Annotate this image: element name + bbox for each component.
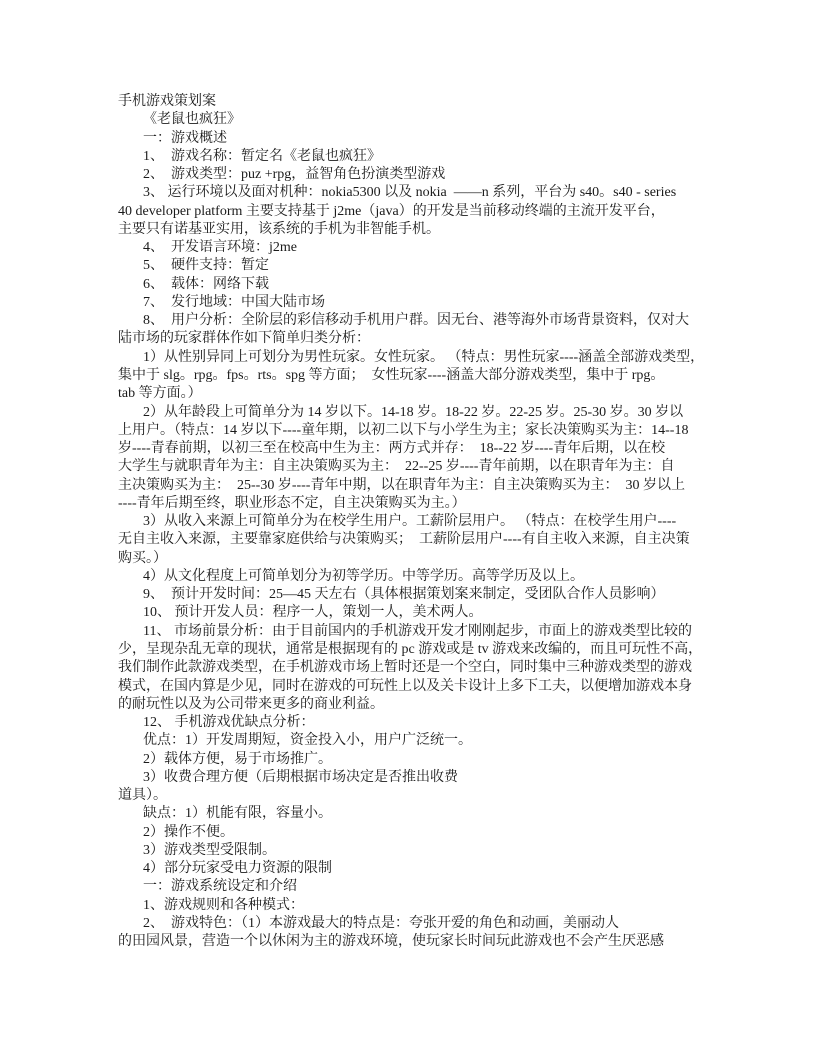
text-line: 7、 发行地域：中国大陆市场 (118, 294, 704, 312)
text-line: 一：游戏系统设定和介绍 (118, 878, 704, 896)
text-line: 2、 游戏特色：（1）本游戏最大的特点是：夸张开爱的角色和动画，美丽动人 (118, 915, 704, 933)
text-line: 11、 市场前景分析：由于目前国内的手机游戏开发才刚刚起步，市面上的游戏类型比较… (118, 623, 704, 641)
text-line: 1、 游戏名称：暂定名《老鼠也疯狂》 (118, 148, 704, 166)
text-line: 9、 预计开发时间：25—45 天左右（具体根据策划案来制定，受团队合作人员影响… (118, 586, 704, 604)
text-line: 的耐玩性以及为公司带来更多的商业利益。 (118, 696, 704, 714)
text-line: 1）从性别异同上可划分为男性玩家。女性玩家。 （特点：男性玩家----涵盖全部游… (118, 349, 704, 367)
text-line: 大学生与就职青年为主：自主决策购买为主： 22--25 岁----青年前期，以在… (118, 458, 704, 476)
text-line: 道具）。 (118, 787, 704, 805)
text-line: 主要只有诺基亚实用，该系统的手机为非智能手机。 (118, 221, 704, 239)
text-line: 手机游戏策划案 (118, 93, 704, 111)
text-line: 2、 游戏类型：puz +rpg，益智角色扮演类型游戏 (118, 166, 704, 184)
text-line: 缺点：1）机能有限，容量小。 (118, 805, 704, 823)
text-line: 1、游戏规则和各种模式： (118, 897, 704, 915)
text-line: 一：游戏概述 (118, 130, 704, 148)
text-line: 4、 开发语言环境：j2me (118, 239, 704, 257)
text-line: 集中于 slg。rpg。fps。rts。spg 等方面； 女性玩家----涵盖大… (118, 367, 704, 385)
document-lines: 手机游戏策划案《老鼠也疯狂》一：游戏概述1、 游戏名称：暂定名《老鼠也疯狂》2、… (118, 93, 704, 951)
text-line: 我们制作此款游戏类型，在手机游戏市场上暂时还是一个空白，同时集中三种游戏类型的游… (118, 659, 704, 677)
text-line: 3）从收入来源上可简单分为在校学生用户。工薪阶层用户。 （特点：在校学生用户--… (118, 513, 704, 531)
text-line: 2）操作不便。 (118, 824, 704, 842)
text-line: ----青年后期至终，职业形态不定，自主决策购买为主。） (118, 495, 704, 513)
text-line: 岁----青春前期，以初三至在校高中生为主：两方式并存： 18--22 岁---… (118, 440, 704, 458)
text-line: 陆市场的玩家群体作如下简单归类分析： (118, 330, 704, 348)
text-line: 4）从文化程度上可简单划分为初等学历。中等学历。高等学历及以上。 (118, 568, 704, 586)
text-line: 8、 用户分析：全阶层的彩信移动手机用户群。因无台、港等海外市场背景资料，仅对大 (118, 312, 704, 330)
text-line: 2）从年龄段上可简单分为 14 岁以下。14-18 岁。18-22 岁。22-2… (118, 404, 704, 422)
text-line: tab 等方面。） (118, 385, 704, 403)
text-line: 3）游戏类型受限制。 (118, 842, 704, 860)
text-line: 少，呈现杂乱无章的现状，通常是根据现有的 pc 游戏或是 tv 游戏来改编的，而… (118, 641, 704, 659)
text-line: 主决策购买为主： 25--30 岁----青年中期，以在职青年为主：自主决策购买… (118, 477, 704, 495)
text-line: 3、 运行环境以及面对机种：nokia5300 以及 nokia ——n 系列，… (118, 184, 704, 202)
text-line: 4）部分玩家受电力资源的限制 (118, 860, 704, 878)
text-line: 6、 载体：网络下载 (118, 276, 704, 294)
text-line: 优点：1）开发周期短，资金投入小，用户广泛统一。 (118, 732, 704, 750)
text-line: 2）载体方便，易于市场推广。 (118, 751, 704, 769)
text-line: 10、 预计开发人员：程序一人，策划一人，美术两人。 (118, 604, 704, 622)
text-line: 的田园风景，营造一个以休闲为主的游戏环境，使玩家长时间玩此游戏也不会产生厌恶感 (118, 933, 704, 951)
document-page: 手机游戏策划案《老鼠也疯狂》一：游戏概述1、 游戏名称：暂定名《老鼠也疯狂》2、… (0, 0, 816, 1056)
text-line: 40 developer platform 主要支持基于 j2me（java）的… (118, 203, 704, 221)
text-line: 5、 硬件支持：暂定 (118, 257, 704, 275)
text-line: 模式，在国内算是少见，同时在游戏的可玩性上以及关卡设计上多下工夫，以便增加游戏本… (118, 678, 704, 696)
text-line: 3）收费合理方便（后期根据市场决定是否推出收费 (118, 769, 704, 787)
text-line: 12、 手机游戏优缺点分析： (118, 714, 704, 732)
text-line: 上用户。（特点：14 岁以下----童年期，以初二以下与小学生为主；家长决策购买… (118, 422, 704, 440)
text-line: 无自主收入来源，主要靠家庭供给与决策购买； 工薪阶层用户----有自主收入来源，… (118, 531, 704, 549)
text-line: 《老鼠也疯狂》 (118, 111, 704, 129)
text-line: 购买。） (118, 550, 704, 568)
